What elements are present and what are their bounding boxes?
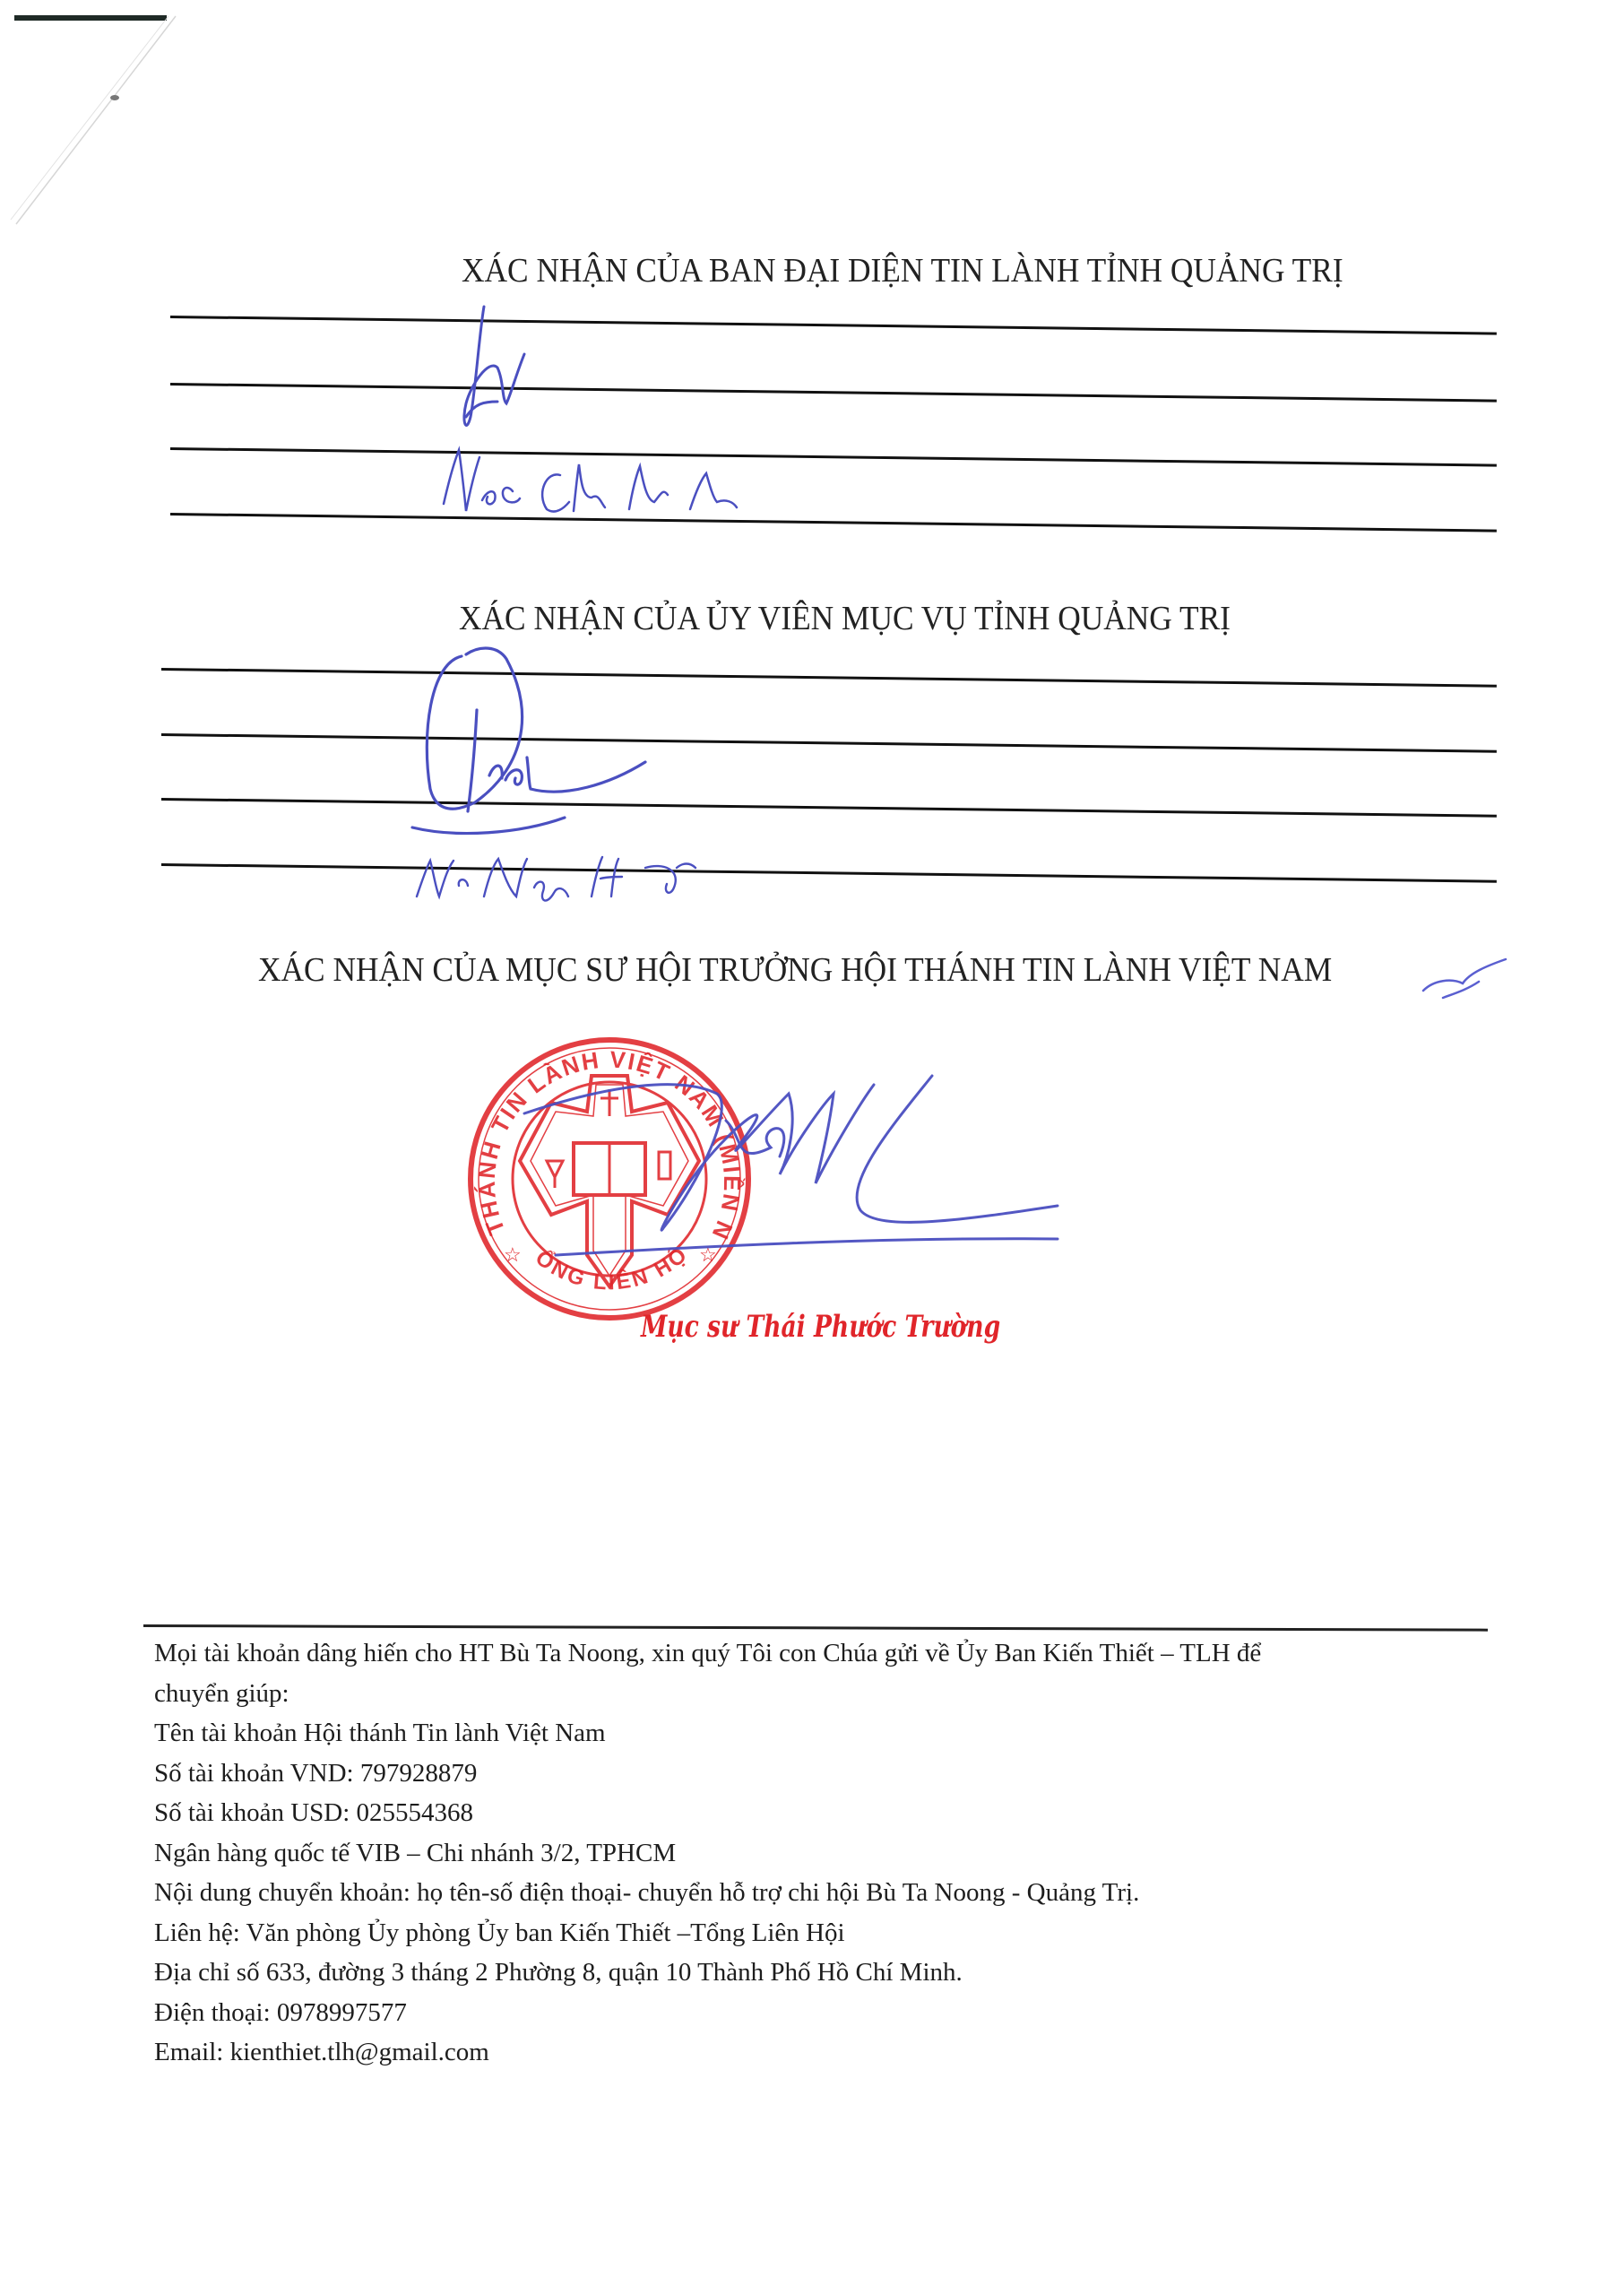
section-heading-ban-dai-dien: XÁC NHẬN CỦA BAN ĐẠI DIỆN TIN LÀNH TỈNH … xyxy=(462,251,1343,290)
footer-line-bank: Ngân hàng quốc tế VIB – Chi nhánh 3/2, T… xyxy=(154,1833,1499,1874)
footer-line-intro: Mọi tài khoản dâng hiến cho HT Bù Ta Noo… xyxy=(154,1633,1499,1674)
signature-thai-phuoc-truong xyxy=(502,1040,1129,1273)
signer-name-printed: Mục sư Thái Phước Trường xyxy=(641,1309,1000,1345)
signature-chau-van-an xyxy=(296,296,834,547)
footer-line-contact: Liên hệ: Văn phòng Ủy phòng Ủy ban Kiến … xyxy=(154,1913,1499,1953)
footer-line-phone: Điện thoại: 0978997577 xyxy=(154,1993,1499,2033)
initial-mark xyxy=(1416,955,1515,1009)
footer-line-address: Địa chỉ số 633, đường 3 tháng 2 Phường 8… xyxy=(154,1953,1499,1993)
footer-line-account-name: Tên tài khoản Hội thánh Tin lành Việt Na… xyxy=(154,1713,1499,1754)
footer-divider xyxy=(143,1624,1488,1632)
footer-line-intro-cont: chuyển giúp: xyxy=(154,1674,1499,1714)
section-heading-hoi-truong: XÁC NHẬN CỦA MỤC SƯ HỘI TRƯỞNG HỘI THÁNH… xyxy=(258,950,1332,990)
donation-info: Mọi tài khoản dâng hiến cho HT Bù Ta Noo… xyxy=(154,1633,1499,2073)
footer-line-usd-account: Số tài khoản USD: 025554368 xyxy=(154,1793,1499,1833)
footer-line-vnd-account: Số tài khoản VND: 797928879 xyxy=(154,1754,1499,1794)
page-fold-artifact xyxy=(0,0,269,269)
footer-line-email: Email: kienthiet.tlh@gmail.com xyxy=(154,2032,1499,2073)
footer-line-transfer-content: Nội dung chuyển khoản: họ tên-số điện th… xyxy=(154,1873,1499,1913)
signature-nguyen-hai-bang xyxy=(269,628,896,923)
